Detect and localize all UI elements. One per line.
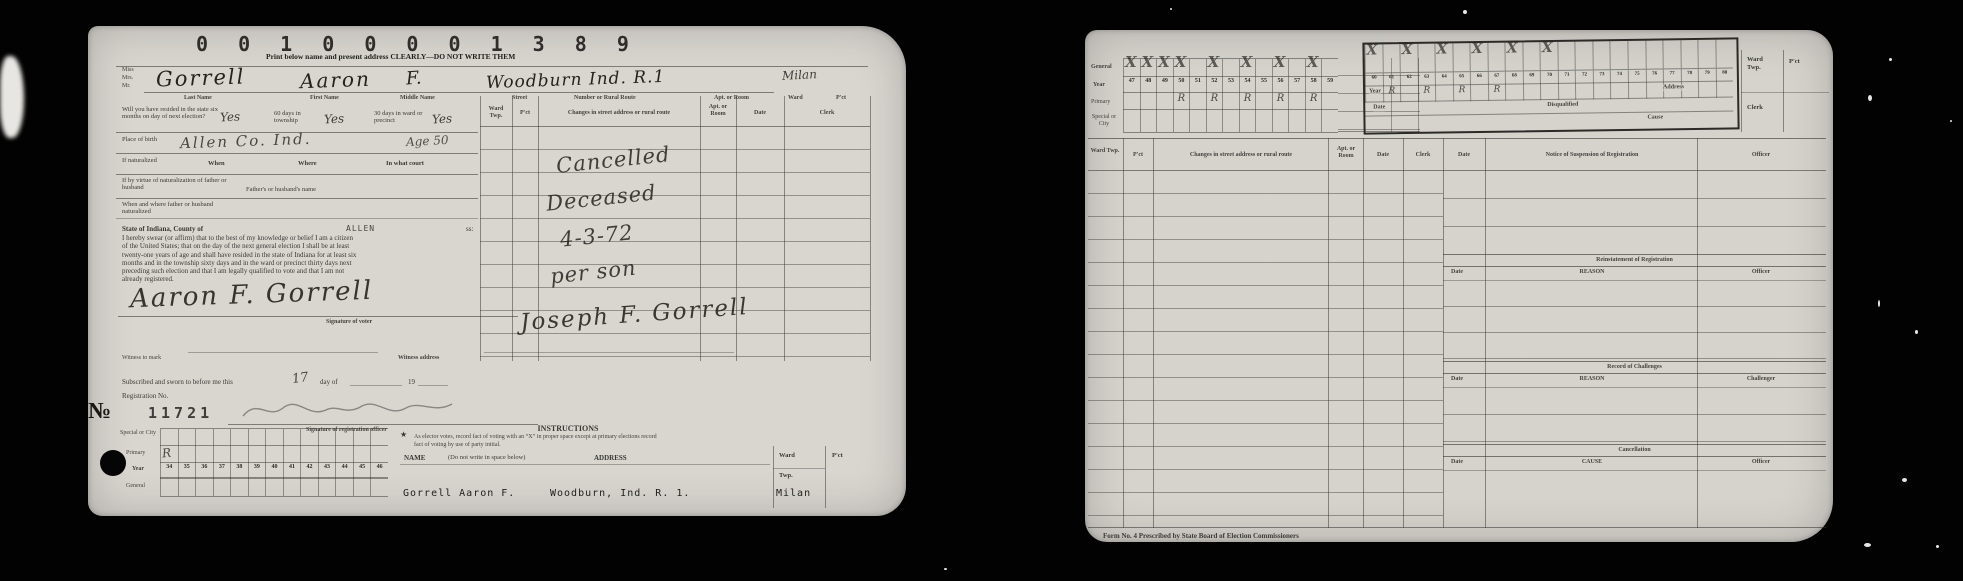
reinstate-col-officer: Officer [1699, 269, 1823, 276]
grid-cell [160, 478, 178, 496]
grid-cell [283, 446, 301, 463]
place-of-birth-handwritten: Allen Co. Ind. [180, 130, 312, 153]
middle-name-handwritten: F. [405, 67, 422, 89]
back-header-changes: Changes in street address or rural route [1157, 152, 1325, 159]
grid-cell [283, 478, 301, 496]
instructions-line1: As elector votes, record fact of voting … [414, 434, 770, 441]
year-cell: 58 [1305, 77, 1322, 93]
back-grid-row-year: 47 48 49 50 51 52 53 54 55 56 57 58 59 [1123, 76, 1338, 93]
age-handwritten: Age 50 [406, 133, 449, 149]
stamp-mark-cell: X [1364, 44, 1382, 72]
corner-label-clerk: Clerk [1747, 104, 1763, 111]
sworn-day-handwritten: 17 [291, 370, 309, 387]
back-grid-row-general: X X X X X X X X [1123, 58, 1338, 77]
grid-cell [335, 478, 353, 496]
stamp-primary-cell [1610, 83, 1628, 99]
corner-label-twp: Twp. [1747, 64, 1761, 71]
stamp-mark-cell [1557, 42, 1575, 70]
grid-cell [1305, 110, 1322, 132]
back-grid-label-primary: Primary [1091, 99, 1110, 106]
grid-cell [283, 429, 301, 446]
primary-cell [1255, 93, 1272, 110]
back-grid-row-special [1123, 109, 1338, 133]
grid-cell [370, 429, 388, 446]
year-cell: 49 [1156, 77, 1173, 93]
year-cell: 41 [283, 463, 301, 478]
grid-cell [1140, 110, 1157, 132]
grid-cell [178, 429, 196, 446]
grid-cell [160, 446, 178, 463]
label-when-where-naturalized: When and where father or husband natural… [122, 201, 242, 216]
stamp-primary-cell [1593, 83, 1611, 99]
grid-cell [370, 478, 388, 496]
sworn-year: 19 [408, 378, 415, 386]
back-header-officer: Officer [1699, 152, 1823, 159]
label-in-what-court: In what court [386, 160, 424, 167]
general-cell: X [1305, 59, 1322, 77]
general-cell: X [1272, 59, 1289, 77]
challenge-col-challenger: Challenger [1699, 376, 1823, 383]
year-cell: 37 [213, 463, 231, 478]
cancel-col-date: Date [1451, 459, 1463, 466]
grid-label-general: General [126, 483, 145, 490]
stamp-primary-cell [1645, 82, 1663, 98]
grid-label-primary: Primary [126, 450, 145, 457]
grid-cell [318, 446, 336, 463]
front-grid-row-special [160, 428, 388, 446]
year-cell: 36 [195, 463, 213, 478]
stamp-mark-cell [1645, 40, 1663, 68]
year-cell: 45 [353, 463, 371, 478]
general-cell [1255, 59, 1272, 77]
label-witness-address: Witness address [398, 355, 439, 362]
stamp-label-cause: Cause [1647, 114, 1663, 121]
film-speck [1950, 120, 1952, 122]
affidavit-county-typed: ALLEN [346, 224, 375, 233]
grid-cell [1206, 110, 1223, 132]
stamp-mark-cell [1522, 42, 1540, 70]
label-rural-route: Number or Rural Route [574, 95, 636, 102]
stamp-label-year: Year [1369, 88, 1381, 95]
section-cancellation-title: Cancellation [1443, 444, 1826, 457]
stamp-mark-cell [1627, 41, 1645, 69]
header-clerk: Clerk [786, 110, 868, 117]
header-apt-room: Apt. or Room [701, 104, 735, 117]
back-grid-label-special: Special or City [1087, 114, 1121, 127]
year-cell: 35 [178, 463, 196, 478]
film-speck [1889, 58, 1892, 61]
grid-cell [248, 446, 266, 463]
back-grid-row-primary: R R R R R [1123, 92, 1338, 110]
header-date: Date [738, 110, 782, 117]
registration-number-stamp: 11721 [148, 404, 213, 422]
affidavit-heading: State of Indiana, County of [122, 225, 203, 233]
general-cell [1222, 59, 1239, 77]
stamp-label-address: Address [1663, 84, 1684, 91]
film-speck [1878, 300, 1880, 307]
back-header-clerk: Clerk [1405, 152, 1441, 159]
stamp-mark-cell: X [1505, 42, 1523, 70]
challenge-col-date: Date [1451, 376, 1463, 383]
grid-cell [178, 478, 196, 496]
instructions-title: INSTRUCTIONS [488, 424, 648, 433]
affidavit-line: I hereby swear (or affirm) that to the b… [122, 234, 478, 242]
grid-cell [1222, 110, 1239, 132]
stamp-mark-cell [1417, 44, 1435, 72]
affidavit-ss: ss: [466, 225, 473, 233]
street-handwritten: Woodburn Ind. R.1 [486, 67, 666, 93]
grid-cell [178, 446, 196, 463]
sworn-text: Subscribed and sworn to before me this [122, 378, 233, 386]
year-cell: 43 [318, 463, 336, 478]
back-grid-label-year: Year [1093, 82, 1105, 89]
grid-cell [1239, 110, 1256, 132]
affidavit-line: preceding such election and that I am le… [122, 267, 478, 275]
header-note: Print below name and present address CLE… [266, 53, 706, 62]
grid-cell [195, 478, 213, 496]
year-cell: 54 [1239, 77, 1256, 93]
stamp-primary-cell [1505, 84, 1523, 100]
question-residence: Will you have resided in the state six m… [122, 106, 218, 121]
grid-cell [300, 429, 318, 446]
grid-cell [370, 446, 388, 463]
stamp-primary-cell: R [1453, 85, 1471, 101]
sworn-day-of: day of [320, 378, 338, 386]
primary-cell: R [1173, 93, 1190, 110]
stamp-primary-cell [1470, 85, 1488, 101]
general-cell: X [1173, 59, 1190, 77]
grid-cell [353, 446, 371, 463]
grid-cell [1173, 110, 1190, 132]
registration-officer-signature [238, 394, 458, 424]
typed-name: Gorrell Aaron F. [403, 488, 515, 499]
answer-residence: Yes [220, 109, 241, 124]
year-cell: 56 [1272, 77, 1289, 93]
back-grid-label-general: General [1091, 64, 1112, 71]
general-cell [1288, 59, 1305, 77]
grid-cell [248, 429, 266, 446]
front-grid-row-general [160, 477, 388, 497]
label-witness-to-mark: Witness to mark [122, 355, 161, 362]
film-blob [0, 56, 24, 138]
grid-cell [1288, 110, 1305, 132]
grid-label-special: Special or City [118, 430, 158, 437]
year-cell: 51 [1189, 77, 1206, 93]
voter-registration-card-back: General Year Primary Special or City X X… [1085, 30, 1833, 542]
primary-cell [1321, 93, 1338, 110]
grid-cell [265, 446, 283, 463]
challenge-col-reason: REASON [1489, 376, 1695, 383]
stamp-primary-cell [1523, 84, 1541, 100]
stamped-year-box: X X X X X X [1362, 37, 1739, 134]
label-father-name: Father's or husband's name [246, 186, 316, 193]
first-name-handwritten: Aaron [300, 67, 372, 93]
label-first-name: First Name [310, 95, 339, 102]
section-reinstatement-title: Reinstatement of Registration [1443, 254, 1826, 267]
reinstate-col-reason: REASON [1489, 269, 1695, 276]
stamp-mark-cell [1610, 41, 1628, 69]
grid-cell [248, 478, 266, 496]
last-name-handwritten: Gorrell [156, 64, 246, 91]
grid-cell [300, 446, 318, 463]
cancel-col-officer: Officer [1699, 459, 1823, 466]
grid-cell [318, 478, 336, 496]
primary-cell: R [1206, 93, 1223, 110]
header-pct: P'ct [514, 110, 536, 117]
title-miss: Miss [122, 67, 134, 74]
general-cell: X [1239, 59, 1256, 77]
grid-cell [1321, 110, 1338, 132]
stamp-primary-cell: R [1418, 86, 1436, 102]
film-speck [1170, 8, 1172, 10]
grid-cell [230, 446, 248, 463]
stamp-mark-cell [1697, 40, 1715, 68]
hole-punch [100, 450, 126, 476]
general-cell: X [1140, 59, 1157, 77]
back-header-apt-room: Apt. or Room [1331, 146, 1361, 159]
title-mr: Mr. [122, 83, 131, 90]
stamp-primary-cell: R [1383, 86, 1401, 102]
numero-sign: № [88, 398, 111, 424]
year-cell: 57 [1288, 77, 1305, 93]
stamp-mark-cell [1575, 41, 1593, 69]
header-changes: Changes in street address or rural route [542, 110, 696, 117]
grid-cell [213, 429, 231, 446]
grid-label-year: Year [132, 466, 144, 473]
corner-label-pct: P'ct [1789, 58, 1800, 65]
primary-cell [1189, 93, 1206, 110]
film-speck [944, 568, 947, 570]
label-father-naturalization: If by virtue of naturalization of father… [122, 177, 234, 192]
label-pct-bottom: P'ct [832, 452, 843, 459]
grid-cell [1272, 110, 1289, 132]
stamp-mark-cell [1715, 39, 1733, 67]
stamp-mark-cell [1592, 41, 1610, 69]
stamp-primary-cell [1575, 83, 1593, 99]
stamp-mark-cell: X [1470, 43, 1488, 71]
stamp-primary-cell [1628, 83, 1646, 99]
grid-cell [335, 429, 353, 446]
stamp-label-disqualified: Disqualified [1547, 102, 1578, 109]
grid-cell [335, 446, 353, 463]
back-header-date2: Date [1445, 152, 1483, 159]
instructions-line2: fact of voting by use of party initial. [414, 442, 770, 449]
year-cell: 50 [1173, 77, 1190, 93]
year-cell: 47 [1123, 77, 1140, 93]
front-grid-row-primary [160, 445, 388, 463]
grid-cell [195, 446, 213, 463]
stamp-primary-cell [1698, 82, 1716, 98]
grid-cell [213, 478, 231, 496]
general-cell [1189, 59, 1206, 77]
stamp-mark-cell [1382, 44, 1400, 72]
stamp-mark-cell: X [1540, 42, 1558, 70]
affidavit-line: months and in the township sixty days an… [122, 259, 478, 267]
grid-cell [213, 446, 231, 463]
label-twp-bottom: Twp. [779, 472, 793, 479]
stamp-mark-cell [1662, 40, 1680, 68]
grid-cell [353, 429, 371, 446]
grid-cell [1156, 110, 1173, 132]
grid-cell [1255, 110, 1272, 132]
label-where: Where [298, 160, 317, 167]
label-registration-no: Registration No. [122, 392, 168, 400]
stamp-mark-cell: X [1399, 44, 1417, 72]
year-cell: 39 [248, 463, 266, 478]
grid-cell [300, 478, 318, 496]
stamp-label-date: Date [1373, 104, 1385, 111]
label-ward-top: Ward [788, 95, 803, 102]
primary-cell: R [1305, 93, 1322, 110]
question-township: 60 days in township [274, 110, 320, 125]
year-cell: 53 [1222, 77, 1239, 93]
grid-cell [160, 429, 178, 446]
affidavit-body: I hereby swear (or affirm) that to the b… [122, 234, 478, 284]
typed-ward: Milan [776, 488, 811, 499]
label-apt-room: Apt. or Room [714, 95, 749, 102]
year-cell: 42 [300, 463, 318, 478]
stamp-primary-cell [1400, 86, 1418, 102]
answer-ward: Yes [432, 111, 453, 126]
year-cell: 55 [1255, 77, 1272, 93]
back-header-ward-twp: Ward Twp. [1089, 148, 1121, 155]
year-cell: 40 [265, 463, 283, 478]
year-cell: 59 [1321, 77, 1338, 93]
general-cell: X [1123, 59, 1140, 77]
film-speck [1463, 10, 1467, 14]
film-speck [1915, 330, 1918, 334]
label-pct-top: P'ct [836, 95, 846, 102]
back-header-date: Date [1365, 152, 1401, 159]
general-cell: X [1156, 59, 1173, 77]
label-street: Street [512, 95, 527, 102]
grid-cell [265, 429, 283, 446]
stamp-mark-cell: X [1435, 43, 1453, 71]
label-last-name: Last Name [184, 95, 212, 102]
stamp-mark-cell [1452, 43, 1470, 71]
film-speck [1868, 95, 1872, 101]
stamp-mark-cell [1680, 40, 1698, 68]
stamp-primary-cell [1716, 81, 1734, 97]
grid-cell [230, 429, 248, 446]
stamp-primary-cell [1558, 84, 1576, 100]
label-ward-bottom: Ward [779, 452, 795, 459]
corner-label-ward: Ward [1747, 56, 1763, 63]
year-cell: 48 [1140, 77, 1157, 93]
back-header-notice-suspension: Notice of Suspension of Registration [1489, 152, 1695, 159]
grid-cell [318, 429, 336, 446]
star-icon: ★ [400, 430, 407, 439]
answer-township: Yes [324, 111, 345, 126]
label-middle-name: Middle Name [400, 95, 435, 102]
primary-cell [1288, 93, 1305, 110]
label-name: NAME [404, 454, 425, 462]
stamp-primary-cell: R [1488, 85, 1506, 101]
label-if-naturalized: If naturalized [122, 157, 168, 164]
primary-cell [1222, 93, 1239, 110]
stamp-mark-cell [1487, 43, 1505, 71]
grid-cell [1189, 110, 1206, 132]
form-number-footer: Form No. 4 Prescribed by State Board of … [1103, 532, 1299, 540]
affidavit-line: twenty-one years of age and shall have r… [122, 251, 478, 259]
grid-cell [265, 478, 283, 496]
label-when: When [208, 160, 225, 167]
year-cell: 52 [1206, 77, 1223, 93]
cancel-col-cause: CAUSE [1489, 459, 1695, 466]
section-challenges-title: Record of Challenges [1443, 361, 1826, 374]
film-speck [1864, 543, 1871, 547]
film-speck [1902, 478, 1907, 482]
primary-cell [1156, 93, 1173, 110]
back-header-pct: P'ct [1125, 152, 1151, 159]
title-mrs: Mrs. [122, 75, 133, 82]
general-cell [1321, 59, 1338, 77]
film-speck [1936, 545, 1939, 548]
header-ward-twp: Ward Twp. [482, 106, 510, 119]
year-cell: 34 [160, 463, 178, 478]
label-place-of-birth: Place of birth [122, 136, 162, 143]
label-address: ADDRESS [594, 454, 627, 462]
ward-handwritten: Milan [782, 67, 818, 83]
primary-cell: R [1239, 93, 1256, 110]
voter-registration-card-front: 0 0 1 0 0 0 0 1 3 8 9 Print below name a… [88, 26, 906, 516]
question-ward: 30 days in ward or precinct [374, 110, 426, 125]
reinstate-col-date: Date [1451, 269, 1463, 276]
primary-cell [1140, 93, 1157, 110]
grid-cell [230, 478, 248, 496]
stamp-primary-cell [1540, 84, 1558, 100]
grid-cell [195, 429, 213, 446]
typed-address: Woodburn, Ind. R. 1. [550, 488, 690, 499]
affidavit-line: of the United States; that on the day of… [122, 242, 478, 250]
grid-cell [353, 478, 371, 496]
year-cell: 44 [335, 463, 353, 478]
grid-cell [1123, 110, 1140, 132]
year-cell: 38 [230, 463, 248, 478]
year-cell: 46 [370, 463, 388, 478]
label-do-not-write: (Do not write in space below) [448, 454, 525, 461]
label-signature-of-voter: Signature of voter [326, 319, 372, 326]
primary-cell [1123, 93, 1140, 110]
stamp-primary-cell [1435, 85, 1453, 101]
general-cell: X [1206, 59, 1223, 77]
primary-cell: R [1272, 93, 1289, 110]
